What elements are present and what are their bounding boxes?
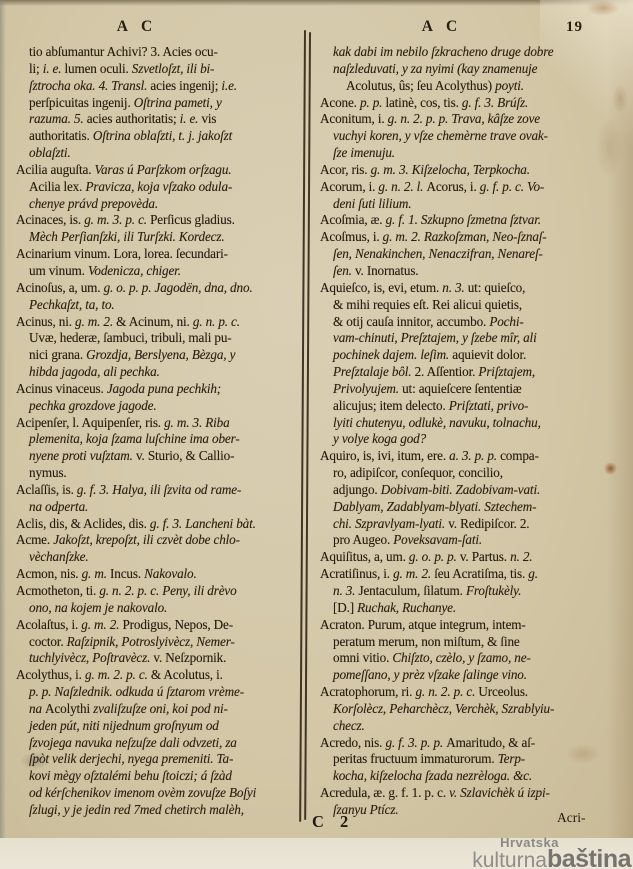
dictionary-line: Acor, ris. g. m. 3. Kiſzelocha, Terpkoch… [320,162,616,179]
vernacular-text: g. m. 2. [75,314,116,329]
vernacular-text: Preſztalaje bôl. [333,364,415,379]
vernacular-text: plemenita, koja ſzama luſchine ima ober- [29,431,240,446]
latin-text: pro Augeo. [333,532,393,547]
vernacular-text: Ruchak, Ruchanye. [357,600,456,615]
latin-text: Acorus, i. [426,179,479,194]
dictionary-line: Acinus, ni. g. m. 2. & Acinum, ni. g. n.… [16,314,305,331]
latin-text: ut: aquieſcere ſententiæ [402,381,521,396]
dictionary-line: Acinarium vinum. Lora, lorea. ſecundari- [16,246,305,263]
vernacular-text: nyene proti vuſztam. [29,448,136,463]
dictionary-line: vam-chinuti, Preſztajem, y ſzebe mîr, al… [320,330,616,347]
vernacular-text: ono, na kojem je nakovalo. [29,600,167,615]
vernacular-text: Vodenicza, chiger. [88,263,181,278]
latin-text: Urceolus. [478,684,528,699]
dictionary-line: ſen, Nenakinchen, Nenaczifran, Nenareſ- [320,246,616,263]
vernacular-text: Raſzipnik, Potroslyivècz, Nemer- [67,634,235,649]
latin-text: [D.] [333,600,357,615]
latin-text: Acratophorum, ri. [320,684,415,699]
vernacular-text: Mèch Perſianſzki, ili Turſzki. Kordecz. [29,229,224,244]
dictionary-line: razuma. 5. acies authoritatis; i. e. vis [16,111,305,128]
dictionary-line: perſpicuitas ingenij. Oſtrina pameti, y [16,95,305,112]
vernacular-text: n. 3. [333,583,358,598]
vernacular-text: i. e. [43,61,65,76]
dictionary-line: Acoſmus, i. g. m. 2. Razkoſzman, Neo-ſzn… [320,229,616,246]
dictionary-line: & otij cauſa innitor, accumbo. Pochi- [320,314,616,331]
latin-text: ro, adipiſcor, conſequor, concilio, [333,465,503,480]
vernacular-text: Jagoda puna pechkih; [107,381,221,396]
latin-text: adjungo. [333,482,381,497]
dictionary-line: ſztrocha oka. 4. Transl. acies ingenij; … [16,78,305,95]
dictionary-line: y volye koga god? [320,431,616,448]
vernacular-text: zvaliſzuſze oni, koi pod ni- [93,701,228,716]
dictionary-line: Acredo, nis. g. f. 3. p. p. Amaritudo, &… [320,735,616,752]
vernacular-text: Poveksavam-ſati. [393,532,482,547]
latin-text: v. Neſzpornik. [153,650,226,665]
book-page-scan: A C A C 19 tio abſumantur Achivi? 3. Aci… [0,0,633,869]
vernacular-text: naſzleduvati, y za nyimi (kay znamenuje [333,61,537,76]
latin-text: acies authoritatis; [87,111,180,126]
vernacular-text: ſen. [333,263,355,278]
vernacular-text: poyti. [495,78,524,93]
dictionary-line: tuchlyivècz, Poſtravècz. v. Neſzpornik. [16,650,305,667]
dictionary-line: chenye právd prepovèda. [16,196,305,213]
dictionary-line: Aquieſco, is, evi, etum. n. 3. ut: quieſ… [320,280,616,297]
latin-text: coctor. [29,634,67,649]
vernacular-text: n. 3. [442,280,467,295]
vernacular-text: g. n. 2. p. c. [415,684,478,699]
latin-text: Aquiſitus, a, um. [320,549,409,564]
dictionary-line: Acratiſinus, i. g. m. 2. ſeu Acratiſma, … [320,566,616,583]
vernacular-text: a. 3. p. p. [449,448,500,463]
vernacular-text: g. m. 3. Kiſzelocha, Terpkocha. [371,162,530,177]
latin-text: & Acolutus, i. [151,667,223,682]
dictionary-line: ſzlugi, y je jedin red 7med chetirch mal… [16,802,305,819]
vernacular-text: Grozdja, Berslyena, Bèzga, y [86,347,235,362]
vernacular-text: Pechkaſzt, ta, to. [29,297,115,312]
watermark-line2a: kulturna [472,849,547,869]
dictionary-line: adjungo. Dobivam-biti. Zadobivam-vati. [320,482,616,499]
vernacular-text: chenye právd prepovèda. [29,196,158,211]
vernacular-text: kocha, kiſzelocha ſzada nezrèloga. &c. [333,768,532,783]
vernacular-text: g. f. 3. Brúſz. [462,95,528,110]
dictionary-line: Acolaſtus, i. g. m. 2. Prodigus, Nepos, … [16,617,305,634]
latin-text: Acoſmus, i. [320,229,383,244]
left-column: tio abſumantur Achivi? 3. Acies ocu-li; … [16,44,305,819]
latin-text: Jentaculum, ſilatum. [358,583,465,598]
dictionary-line: Privolyujem. ut: aquieſcere ſententiæ [320,381,616,398]
latin-text: v. Redipiſcor. 2. [448,516,529,531]
latin-text: Incus. [110,566,144,581]
vernacular-text: g. f. 3. p. p. [385,735,446,750]
vernacular-text: g. m. [82,566,110,581]
vernacular-text: deni ſuti lilium. [333,196,411,211]
dictionary-line: kovi mègy oſztalémi behu ſtoiczi; á ſzàd [16,768,305,785]
latin-text: Acoſmia, æ. [320,212,386,227]
dictionary-line: coctor. Raſzipnik, Potroslyivècz, Nemer- [16,634,305,651]
latin-text: Uvæ, hederæ, ſambuci, tribuli, mali pu- [29,330,232,345]
latin-text: ſeu Acratiſma, tis. [434,566,528,581]
dictionary-line: nici grana. Grozdja, Berslyena, Bèzga, y [16,347,305,364]
vernacular-text: tuchlyivècz, Poſtravècz. [29,650,153,665]
dictionary-line: pechka grozdove jagode. [16,398,305,415]
latin-text: authoritatis. [29,128,93,143]
dictionary-line: na Acolythi zvaliſzuſze oni, koi pod ni- [16,701,305,718]
latin-text: Acme. [16,532,53,547]
latin-text: & mihi requies eſt. Rei alicui quietis, [333,297,522,312]
dictionary-line: kak dabi im nebilo ſzkracheno druge dobr… [320,44,616,61]
running-head-left: A C [72,18,202,36]
vernacular-text: p. p. Naſzlednik. odkuda ú ſztarom vrème… [29,684,244,699]
dictionary-line: nymus. [16,465,305,482]
vernacular-text: razuma. 5. [29,111,87,126]
vernacular-text: g. n. 2. l. [378,179,426,194]
watermark-line2b: baština [547,845,631,869]
latin-text: Acolythus, i. [16,667,85,682]
dictionary-line: Korſolècz, Peharchècz, Verchèk, Szrablyi… [320,701,616,718]
vernacular-text: Nakovalo. [144,566,197,581]
vernacular-text: jeden pút, niti nijednum groſnyum od [29,718,219,733]
vernacular-text: ſzvojega navuka neſzuſze dali odvzeti, z… [29,735,237,750]
vernacular-text: y volye koga god? [333,431,426,446]
dictionary-line: Mèch Perſianſzki, ili Turſzki. Kordecz. [16,229,305,246]
latin-text: ut: quieſco, [468,280,526,295]
dictionary-line: Acmon, nis. g. m. Incus. Nakovalo. [16,566,305,583]
dictionary-line: Acredula, æ. g. f. 1. p. c. v. Szlavichè… [320,785,616,802]
dictionary-line: tio abſumantur Achivi? 3. Acies ocu- [16,44,305,61]
vernacular-text: vuchyi koren, y vſze chemèrne trave ovak… [333,128,548,143]
vernacular-text: Pochi- [489,314,523,329]
dictionary-line: ſen. v. Inornatus. [320,263,616,280]
vernacular-text: i. e. [180,111,202,126]
dictionary-line: checz. [320,718,616,735]
vernacular-text: hibda jagoda, ali pechka. [29,364,160,379]
vernacular-text: pochinek dajem. leſim. [333,347,452,362]
dictionary-line: Aquiſitus, a, um. g. o. p. p. v. Partus.… [320,549,616,566]
vernacular-text: Froſtukèly. [466,583,521,598]
page-number: 19 [566,19,583,36]
dictionary-line: ſpòt velik derjechi, nyega premeniti. Ta… [16,751,305,768]
vernacular-text: p. p. [360,95,385,110]
latin-text: Aquiro, is, ivi, itum, ere. [320,448,449,463]
latin-text: Aquieſco, is, evi, etum. [320,280,442,295]
vernacular-text: Oſtrina pameti, y [134,95,222,110]
dictionary-line: Acinus vinaceus. Jagoda puna pechkih; [16,381,305,398]
vernacular-text: g. m. 2. Razkoſzman, Neo-ſznaſ- [383,229,547,244]
vernacular-text: chi. Szpravlyam-lyati. [333,516,448,531]
latin-text: Aconitum, i. [320,111,388,126]
dictionary-line: vuchyi koren, y vſze chemèrne trave ovak… [320,128,616,145]
dictionary-line: jeden pút, niti nijednum groſnyum od [16,718,305,735]
latin-text: Acilia auguſta. [16,162,95,177]
vernacular-text: ſzlugi, y je jedin red 7med chetirch mal… [29,802,244,817]
latin-text: Acmotheton, ti. [16,583,99,598]
dictionary-line: hibda jagoda, ali pechka. [16,364,305,381]
vernacular-text: ſen, Nenakinchen, Nenaczifran, Nenareſ- [333,246,543,261]
dictionary-line: peritas fructuum immaturorum. Terp- [320,751,616,768]
latin-text: Acolaſtus, i. [16,617,81,632]
foxing-stain [586,0,620,16]
vernacular-text: g. f. p. c. Vo- [480,179,544,194]
latin-text: Acilia lex. [29,179,85,194]
dictionary-line: alicujus; item delecto. Priſztati, privo… [320,398,616,415]
dictionary-line: ro, adipiſcor, conſequor, concilio, [320,465,616,482]
latin-text: Acipenſer, l. Aquipenſer, ris. [16,415,164,430]
dictionary-line: Acratophorum, ri. g. n. 2. p. c. Urceolu… [320,684,616,701]
dictionary-line: pochinek dajem. leſim. aquievit dolor. [320,347,616,364]
dictionary-line: Aclaſſis, is. g. f. 3. Halya, ili ſzvita… [16,482,305,499]
vernacular-text: g. n. 2. p. c. Peny, ili drèvo [99,583,236,598]
dictionary-line: Preſztalaje bôl. 2. Aſſentior. Priſztaje… [320,364,616,381]
dictionary-line: Acinoſus, a, um. g. o. p. p. Jagodën, dn… [16,280,305,297]
latin-text: peritas fructuum immaturorum. [333,751,498,766]
dictionary-line: um vinum. Vodenicza, chiger. [16,263,305,280]
vernacular-text: g. o. p. p. Jagodën, dna, dno. [104,280,253,295]
dictionary-line: Acilia lex. Pravicza, koja vſzako odula- [16,179,305,196]
vernacular-text: Priſztati, privo- [449,398,529,413]
latin-text: nici grana. [29,347,86,362]
latin-text: Acmon, nis. [16,566,82,581]
dictionary-line: Pechkaſzt, ta, to. [16,297,305,314]
vernacular-text: ſpòt velik derjechi, nyega premeniti. Ta… [29,751,233,766]
dictionary-line: Acraton. Purum, atque integrum, intem- [320,617,616,634]
vernacular-text: Pravicza, koja vſzako odula- [85,179,232,194]
dictionary-line: ono, na kojem je nakovalo. [16,600,305,617]
scan-background-strip: Hrvatska kulturnabaština [0,838,633,869]
latin-text: 2. Aſſentior. [415,364,479,379]
latin-text: Acorum, i. [320,179,378,194]
vernacular-text: Korſolècz, Peharchècz, Verchèk, Szrablyi… [333,701,554,716]
watermark: Hrvatska kulturnabaština [472,838,631,869]
dictionary-line: authoritatis. Oſtrina oblaſzti, t. j. ja… [16,128,305,145]
vernacular-text: Szvetloſzt, ili bi- [132,61,215,76]
dictionary-line: li; i. e. lumen oculi. Szvetloſzt, ili b… [16,61,305,78]
latin-text: v. Partus. [460,549,510,564]
dictionary-line: Aclis, dis, & Aclides, dis. g. f. 3. Lan… [16,516,305,533]
vernacular-text: g. n. 2. p. p. Trava, kâſze zove [388,111,540,126]
vernacular-text: Dablyam, Zadablyam-blyati. Sztechem- [333,499,536,514]
dictionary-line: Acone. p. p. latinè, cos, tis. g. f. 3. … [320,95,616,112]
dictionary-line: Acorum, i. g. n. 2. l. Acorus, i. g. f. … [320,179,616,196]
dictionary-line: Acoſmia, æ. g. f. 1. Szkupno ſzmetna ſzt… [320,212,616,229]
vernacular-text: g. m. 3. p. c. [84,212,150,227]
dictionary-line: nyene proti vuſztam. v. Sturio, & Callio… [16,448,305,465]
dictionary-line: lyiti chutenyu, odlukè, navuku, tolnachu… [320,415,616,432]
page-edge-top [0,0,633,6]
latin-text: g. f. 1. p. c. [388,785,449,800]
latin-text: omni vitio. [333,650,392,665]
dictionary-line: chi. Szpravlyam-lyati. v. Redipiſcor. 2. [320,516,616,533]
latin-text: tio abſumantur Achivi? 3. Acies ocu- [29,44,218,59]
latin-text: v. Sturio, & Callio- [136,448,234,463]
dictionary-line: & mihi requies eſt. Rei alicui quietis, [320,297,616,314]
vernacular-text: n. 2. [510,549,532,564]
vernacular-text: g. n. p. c. [193,314,240,329]
dictionary-line: Uvæ, hederæ, ſambuci, tribuli, mali pu- [16,330,305,347]
dictionary-line: Aquiro, is, ivi, itum, ere. a. 3. p. p. … [320,448,616,465]
vernacular-text: Oſtrina oblaſzti, t. j. jakoſzt [93,128,232,143]
latin-text: Aclaſſis, is. [16,482,77,497]
vernacular-text: g. m. 2. p. c. [85,667,151,682]
running-head-right: A C [382,18,502,36]
latin-text: Acredula, æ. [320,785,388,800]
vernacular-text: vèchanſzke. [29,549,89,564]
latin-text: Acinus, ni. [16,314,75,329]
vernacular-text: na odperta. [29,499,88,514]
latin-text: Prodigus, Nepos, De- [122,617,233,632]
dictionary-line: naſzleduvati, y za nyimi (kay znamenuje [320,61,616,78]
latin-text: acies ingenij; [150,78,221,93]
dictionary-line: Acinaces, is. g. m. 3. p. c. Perſicus gl… [16,212,305,229]
latin-text: latinè, cos, tis. [385,95,461,110]
latin-text: Acor, ris. [320,162,371,177]
latin-text: Acinoſus, a, um. [16,280,104,295]
vernacular-text: v. Szlavichèk ú izpi- [449,785,550,800]
dictionary-line: deni ſuti lilium. [320,196,616,213]
dictionary-line: Acme. Jakoſzt, krepoſzt, ili czvèt dobe … [16,532,305,549]
vernacular-text: oblaſzti. [29,145,71,160]
vernacular-text: kak dabi im nebilo ſzkracheno druge dobr… [333,44,553,59]
vernacular-text: Dobivam-biti. Zadobivam-vati. [381,482,540,497]
dictionary-line: kocha, kiſzelocha ſzada nezrèloga. &c. [320,768,616,785]
dictionary-line: Acilia auguſta. Varas ú Parſzkom orſzagu… [16,162,305,179]
latin-text: compa- [500,448,539,463]
dictionary-line: omni vitio. Chiſzto, czèlo, y ſzamo, ne- [320,650,616,667]
latin-text: Acolythi [45,701,93,716]
vernacular-text: g. f. 1. Szkupno ſzmetna ſztvar. [386,212,541,227]
latin-text: Acratiſinus, i. [320,566,393,581]
vernacular-text: g. f. 3. Lancheni bàt. [150,516,256,531]
latin-text: li; [29,61,43,76]
vernacular-text: i.e. [221,78,237,93]
vernacular-text: ſztrocha oka. 4. Transl. [29,78,150,93]
latin-text: Acone. [320,95,360,110]
latin-text: Acinus vinaceus. [16,381,107,396]
latin-text: Perſicus gladius. [150,212,235,227]
dictionary-line: Acolythus, i. g. m. 2. p. c. & Acolutus,… [16,667,305,684]
dictionary-line: na odperta. [16,499,305,516]
vernacular-text: Varas ú Parſzkom orſzagu. [95,162,232,177]
latin-text: v. Inornatus. [355,263,419,278]
vernacular-text: pomeſſano, y prèz vſzake ſalinge vino. [333,667,527,682]
page-edge-left [0,0,6,869]
latin-text: Acinarium vinum. Lora, lorea. ſecundari- [16,246,228,261]
vernacular-text: g. m. 3. Riba [164,415,229,430]
latin-text: nymus. [29,465,67,480]
vernacular-text: Privolyujem. [333,381,402,396]
vernacular-text: g. o. p. p. [409,549,460,564]
latin-text: vis [201,111,216,126]
dictionary-line: p. p. Naſzlednik. odkuda ú ſztarom vrème… [16,684,305,701]
vernacular-text: kovi mègy oſztalémi behu ſtoiczi; á ſzàd [29,768,232,783]
dictionary-line: ſze imenuju. [320,145,616,162]
vernacular-text: na [29,701,45,716]
vernacular-text: pechka grozdove jagode. [29,398,157,413]
vernacular-text: vam-chinuti, Preſztajem, y ſzebe mîr, al… [333,330,537,345]
latin-text: lumen oculi. [65,61,132,76]
latin-text: alicujus; item delecto. [333,398,449,413]
vernacular-text: Terp- [498,751,525,766]
latin-text: Acredo, nis. [320,735,385,750]
catchword: Acri- [557,810,585,826]
vernacular-text: od kérſchenikov imenom ovèm zovuſze Boſy… [29,785,256,800]
vernacular-text: g. m. 2. [393,566,434,581]
dictionary-line: Acolutus, ûs; ſeu Acolythus) poyti. [320,78,616,95]
vernacular-text: ſze imenuju. [333,145,395,160]
dictionary-line: Aconitum, i. g. n. 2. p. p. Trava, kâſze… [320,111,616,128]
dictionary-line: vèchanſzke. [16,549,305,566]
dictionary-line: ſzvojega navuka neſzuſze dali odvzeti, z… [16,735,305,752]
latin-text: Aclis, dis, & Aclides, dis. [16,516,150,531]
dictionary-line: od kérſchenikov imenom ovèm zovuſze Boſy… [16,785,305,802]
dictionary-line: Acmotheton, ti. g. n. 2. p. c. Peny, ili… [16,583,305,600]
dictionary-line: pomeſſano, y prèz vſzake ſalinge vino. [320,667,616,684]
latin-text: peratum merum, non miſtum, & ſine [333,634,520,649]
dictionary-line: oblaſzti. [16,145,305,162]
latin-text: & otij cauſa innitor, accumbo. [333,314,489,329]
vernacular-text: lyiti chutenyu, odlukè, navuku, tolnachu… [333,415,541,430]
right-column: kak dabi im nebilo ſzkracheno druge dobr… [320,44,616,819]
latin-text: Acinaces, is. [16,212,84,227]
dictionary-line: peratum merum, non miſtum, & ſine [320,634,616,651]
gathering-signature: C 2 [312,812,354,832]
dictionary-line: pro Augeo. Poveksavam-ſati. [320,532,616,549]
latin-text: perſpicuitas ingenij. [29,95,134,110]
dictionary-line: Acipenſer, l. Aquipenſer, ris. g. m. 3. … [16,415,305,432]
vernacular-text: g. m. 2. [81,617,122,632]
latin-text: aquievit dolor. [452,347,526,362]
dictionary-line: [D.] Ruchak, Ruchanye. [320,600,616,617]
dictionary-line: Dablyam, Zadablyam-blyati. Sztechem- [320,499,616,516]
latin-text: Acraton. Purum, atque integrum, intem- [320,617,526,632]
vernacular-text: Priſztajem, [478,364,535,379]
latin-text: & Acinum, ni. [116,314,193,329]
dictionary-line: n. 3. Jentaculum, ſilatum. Froſtukèly. [320,583,616,600]
dictionary-line: plemenita, koja ſzama luſchine ima ober- [16,431,305,448]
vernacular-text: g. f. 3. Halya, ili ſzvita od rame- [77,482,241,497]
vernacular-text: checz. [333,718,365,733]
vernacular-text: g. [528,566,538,581]
vernacular-text: Chiſzto, czèlo, y ſzamo, ne- [392,650,530,665]
latin-text: um vinum. [29,263,88,278]
vernacular-text: Jakoſzt, krepoſzt, ili czvèt dobe chlo- [53,532,240,547]
latin-text: Acolutus, ûs; ſeu Acolythus) [346,78,495,93]
latin-text: Amaritudo, & aſ- [446,735,535,750]
